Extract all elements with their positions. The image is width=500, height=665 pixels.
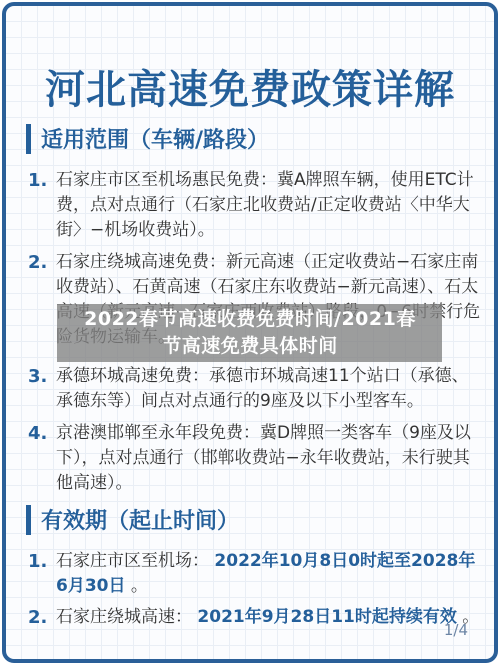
item-text: 石家庄市区至机场： 2022年10月8日0时起至2028年6月30日 。 — [56, 549, 481, 599]
item-text: 承德环城高速免费：承德市环城高速11个站口（承德、承德东等）间点对点通行的9座及… — [56, 364, 481, 414]
caption-line-1: 2022春节高速收费免费时间/2021春 — [40, 306, 460, 333]
item-text: 石家庄绕城高速： 2021年9月28日11时起持续有效 。 — [56, 605, 481, 630]
caption-line-2: 节高速免费具体时间 — [40, 333, 460, 360]
item-text: 京港澳邯郸至永年段免费：冀D牌照一类客车（9座及以下），点对点通行（邯郸收费站−… — [56, 421, 481, 496]
list-item: 1. 石家庄市区至机场： 2022年10月8日0时起至2028年6月30日 。 — [26, 549, 481, 599]
item-number: 1. — [26, 168, 56, 243]
list-item: 1. 石家庄市区至机场惠民免费：冀A牌照车辆，使用ETC计费，点对点通行（石家庄… — [26, 168, 481, 243]
item-end: 。 — [131, 576, 148, 596]
list-item: 4. 京港澳邯郸至永年段免费：冀D牌照一类客车（9座及以下），点对点通行（邯郸收… — [26, 421, 481, 496]
page-title: 河北高速免费政策详解 — [6, 58, 494, 115]
validity-date: 2021年9月28日11时起持续有效 — [197, 607, 456, 627]
item-label: 石家庄绕城高速： — [56, 607, 192, 627]
item-number: 4. — [26, 421, 56, 496]
item-number: 2. — [26, 605, 56, 630]
page-indicator: 1/4 — [444, 621, 468, 639]
section-heading-scope: 适用范围（车辆/路段） — [26, 123, 269, 154]
section-heading-validity: 有效期（起止时间） — [26, 504, 239, 535]
section-bar-icon — [26, 505, 31, 535]
section-bar-icon — [26, 124, 31, 154]
item-label: 石家庄市区至机场： — [56, 551, 209, 571]
section-heading-text: 适用范围（车辆/路段） — [41, 123, 269, 154]
item-number: 1. — [26, 549, 56, 599]
list-item: 2. 石家庄绕城高速： 2021年9月28日11时起持续有效 。 — [26, 605, 481, 630]
item-text: 石家庄市区至机场惠民免费：冀A牌照车辆，使用ETC计费，点对点通行（石家庄北收费… — [56, 168, 481, 243]
caption-text: 2022春节高速收费免费时间/2021春 节高速免费具体时间 — [40, 306, 460, 360]
item-number: 3. — [26, 364, 56, 414]
section-heading-text: 有效期（起止时间） — [41, 504, 239, 535]
list-item: 3. 承德环城高速免费：承德市环城高速11个站口（承德、承德东等）间点对点通行的… — [26, 364, 481, 414]
